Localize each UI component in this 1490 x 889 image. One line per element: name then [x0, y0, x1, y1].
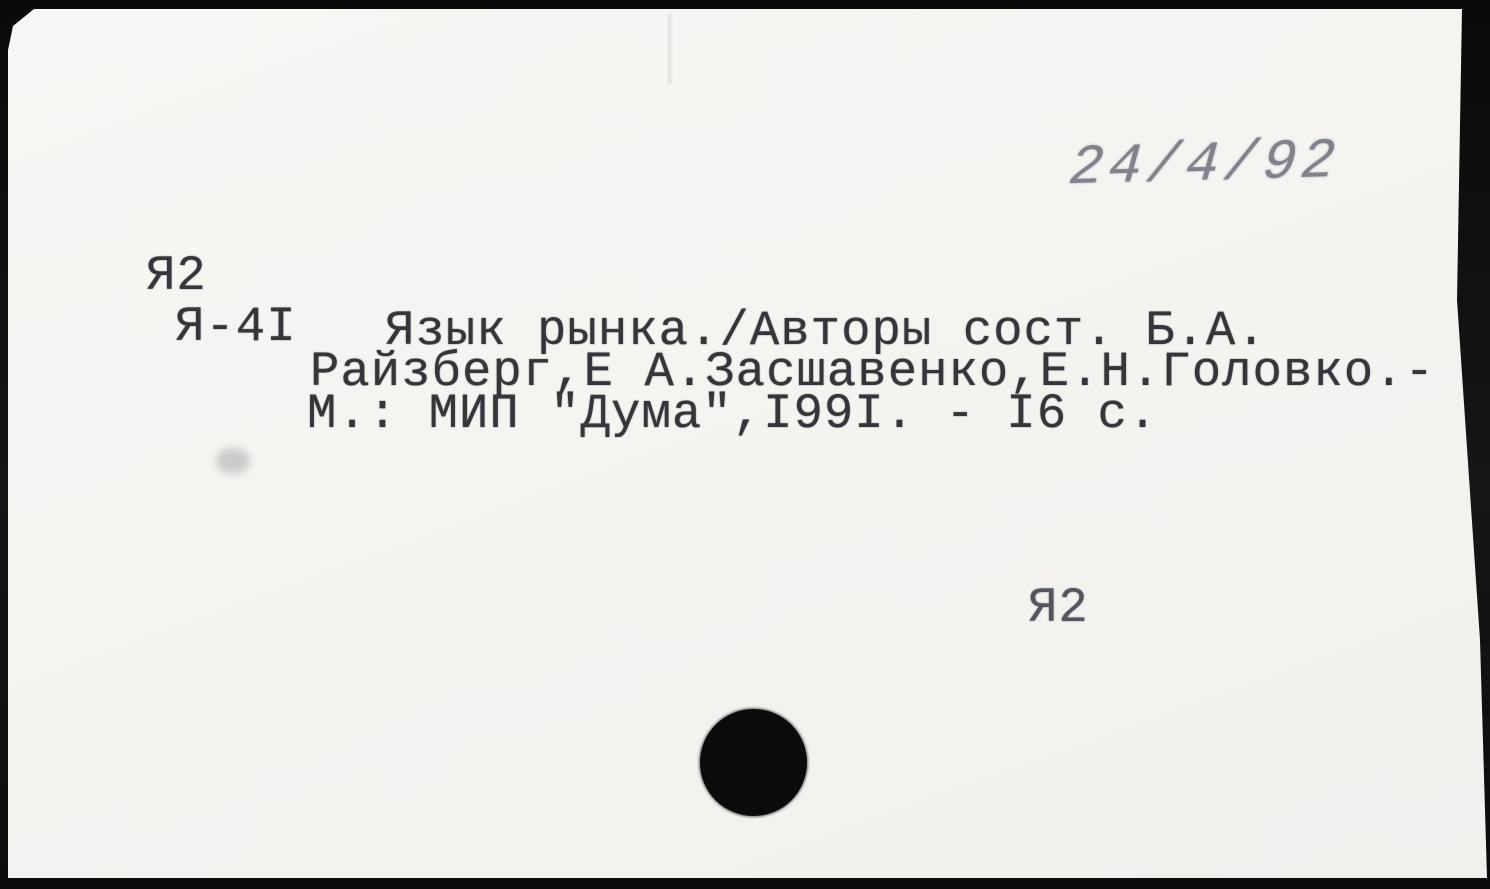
ink-smudge [216, 448, 250, 474]
classification-code-bottom: Я2 [1028, 584, 1089, 633]
catalog-card: 24/4/92 Я2 Я-4I Язык рынка./Авторы сост.… [0, 0, 1490, 889]
entry-imprint-line: М.: МИП "Дума",I99I. - I6 с. [307, 390, 1158, 439]
scan-artifact [668, 14, 671, 84]
date-stamp: 24/4/92 [1068, 133, 1343, 196]
scan-background: 24/4/92 Я2 Я-4I Язык рынка./Авторы сост.… [0, 0, 1490, 889]
call-number: Я-4I [175, 303, 297, 352]
hole-punch-dot [700, 709, 807, 816]
classification-code-top: Я2 [146, 252, 207, 301]
